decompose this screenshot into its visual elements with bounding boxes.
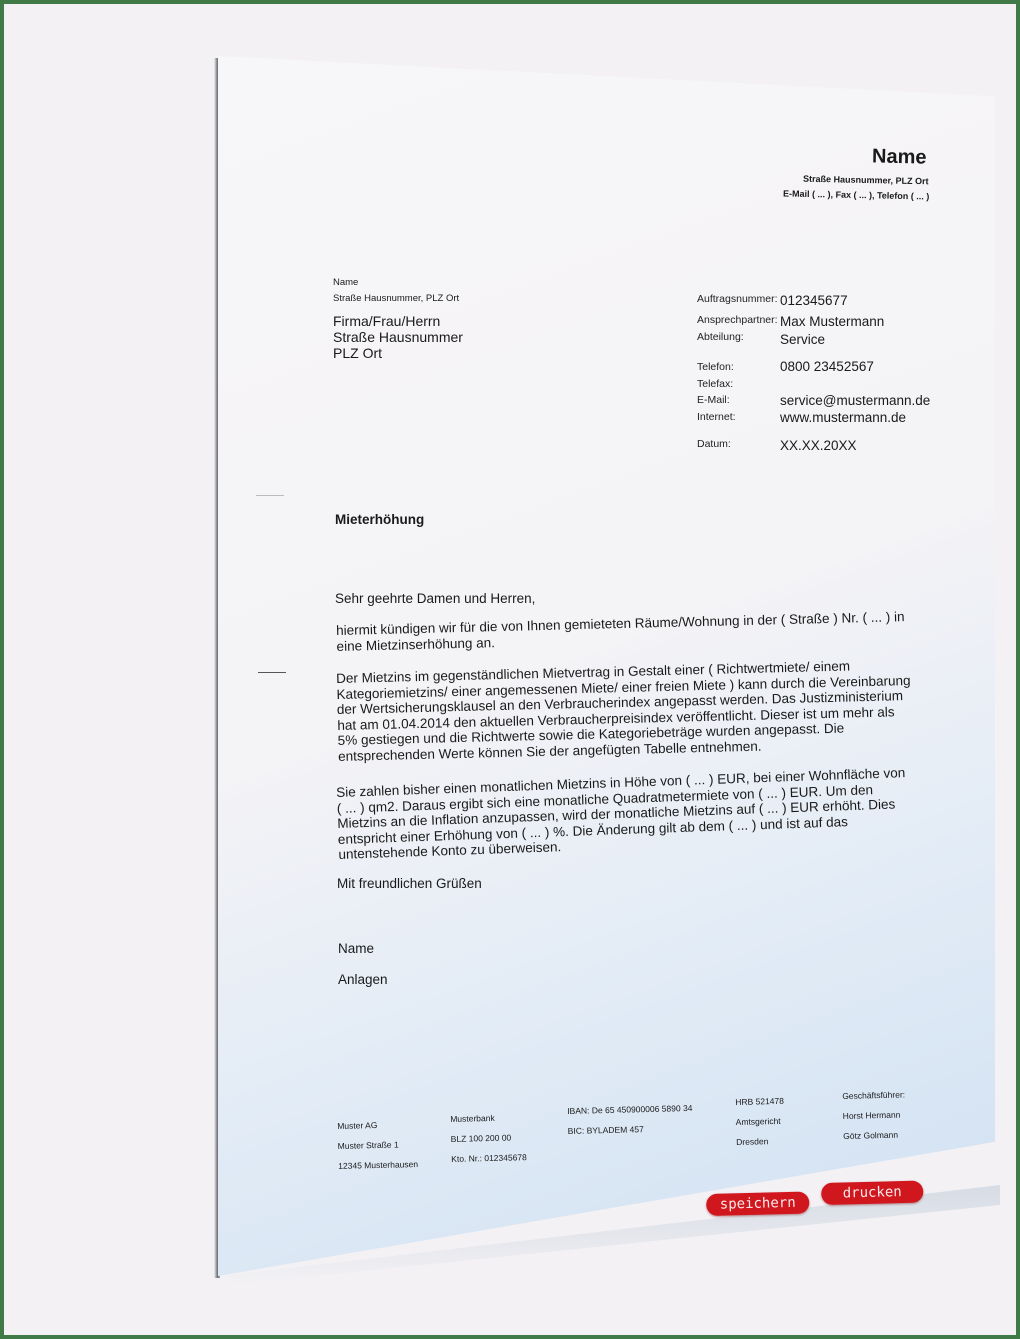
- footer-company-city: 12345 Musterhausen: [338, 1154, 418, 1176]
- footer-iban: IBAN: De 65 450900006 5890 34 BIC: BYLAD…: [567, 1098, 693, 1141]
- footer-hrb: HRB 521478: [735, 1091, 784, 1112]
- info-value-order: 012345677: [780, 293, 848, 308]
- footer-company-street: Muster Straße 1: [337, 1134, 417, 1156]
- info-value-email: service@mustermann.de: [780, 393, 930, 408]
- info-value-contact: Max Mustermann: [780, 314, 884, 329]
- recipient-line1: Firma/Frau/Herrn: [333, 313, 463, 329]
- letter-subject: Mieterhöhung: [335, 512, 424, 527]
- fold-mark-middle: [258, 672, 286, 673]
- info-label-internet: Internet:: [697, 411, 736, 423]
- info-value-date: XX.XX.20XX: [780, 438, 857, 453]
- footer-court-city: Dresden: [736, 1131, 785, 1152]
- fold-mark-top: [256, 495, 284, 496]
- footer-court: Amtsgericht: [735, 1111, 784, 1132]
- footer-iban-number: IBAN: De 65 450900006 5890 34: [567, 1098, 693, 1121]
- info-label-department: Abteilung:: [697, 331, 744, 343]
- footer-bank-account: Kto. Nr.: 012345678: [451, 1147, 527, 1169]
- info-label-date: Datum:: [697, 438, 731, 450]
- footer-bank-blz: BLZ 100 200 00: [450, 1127, 526, 1149]
- save-button[interactable]: speichern: [706, 1191, 810, 1216]
- footer-company-name: Muster AG: [337, 1114, 417, 1136]
- info-label-phone: Telefon:: [697, 361, 734, 373]
- recipient-line2: Straße Hausnummer: [333, 329, 463, 345]
- footer-management: Geschäftsführer: Horst Hermann Götz Golm…: [842, 1084, 906, 1146]
- footer-company: Muster AG Muster Straße 1 12345 Musterha…: [337, 1114, 418, 1176]
- info-label-email: E-Mail:: [697, 394, 730, 406]
- footer-management-label: Geschäftsführer:: [842, 1084, 905, 1106]
- letter-signature: Name: [338, 941, 374, 956]
- footer-manager-1: Horst Hermann: [842, 1104, 905, 1126]
- footer-bic: BIC: BYLADEM 457: [567, 1118, 693, 1141]
- return-address-street: Straße Hausnummer, PLZ Ort: [333, 293, 459, 304]
- info-value-department: Service: [780, 332, 825, 347]
- return-address-name: Name: [333, 277, 358, 288]
- footer-bank: Musterbank BLZ 100 200 00 Kto. Nr.: 0123…: [450, 1107, 527, 1169]
- letterhead-name: Name: [872, 145, 927, 169]
- info-value-phone: 0800 23452567: [780, 359, 874, 374]
- footer-bank-name: Musterbank: [450, 1107, 526, 1129]
- letter-paragraph-2: Der Mietzins im gegenständlichen Mietver…: [336, 657, 913, 764]
- print-button[interactable]: drucken: [821, 1181, 924, 1205]
- letter-salutation: Sehr geehrte Damen und Herren,: [335, 591, 535, 606]
- info-label-fax: Telefax:: [697, 378, 733, 390]
- footer-manager-2: Götz Golmann: [843, 1124, 906, 1146]
- footer-register: HRB 521478 Amtsgericht Dresden: [735, 1091, 785, 1152]
- info-label-order: Auftragsnummer:: [697, 293, 778, 305]
- recipient-line3: PLZ Ort: [333, 345, 463, 361]
- letter-attachments: Anlagen: [338, 972, 388, 987]
- letter-closing: Mit freundlichen Grüßen: [337, 876, 482, 891]
- info-label-contact: Ansprechpartner:: [697, 314, 778, 326]
- recipient-address: Firma/Frau/Herrn Straße Hausnummer PLZ O…: [333, 313, 463, 361]
- info-value-internet: www.mustermann.de: [780, 410, 906, 425]
